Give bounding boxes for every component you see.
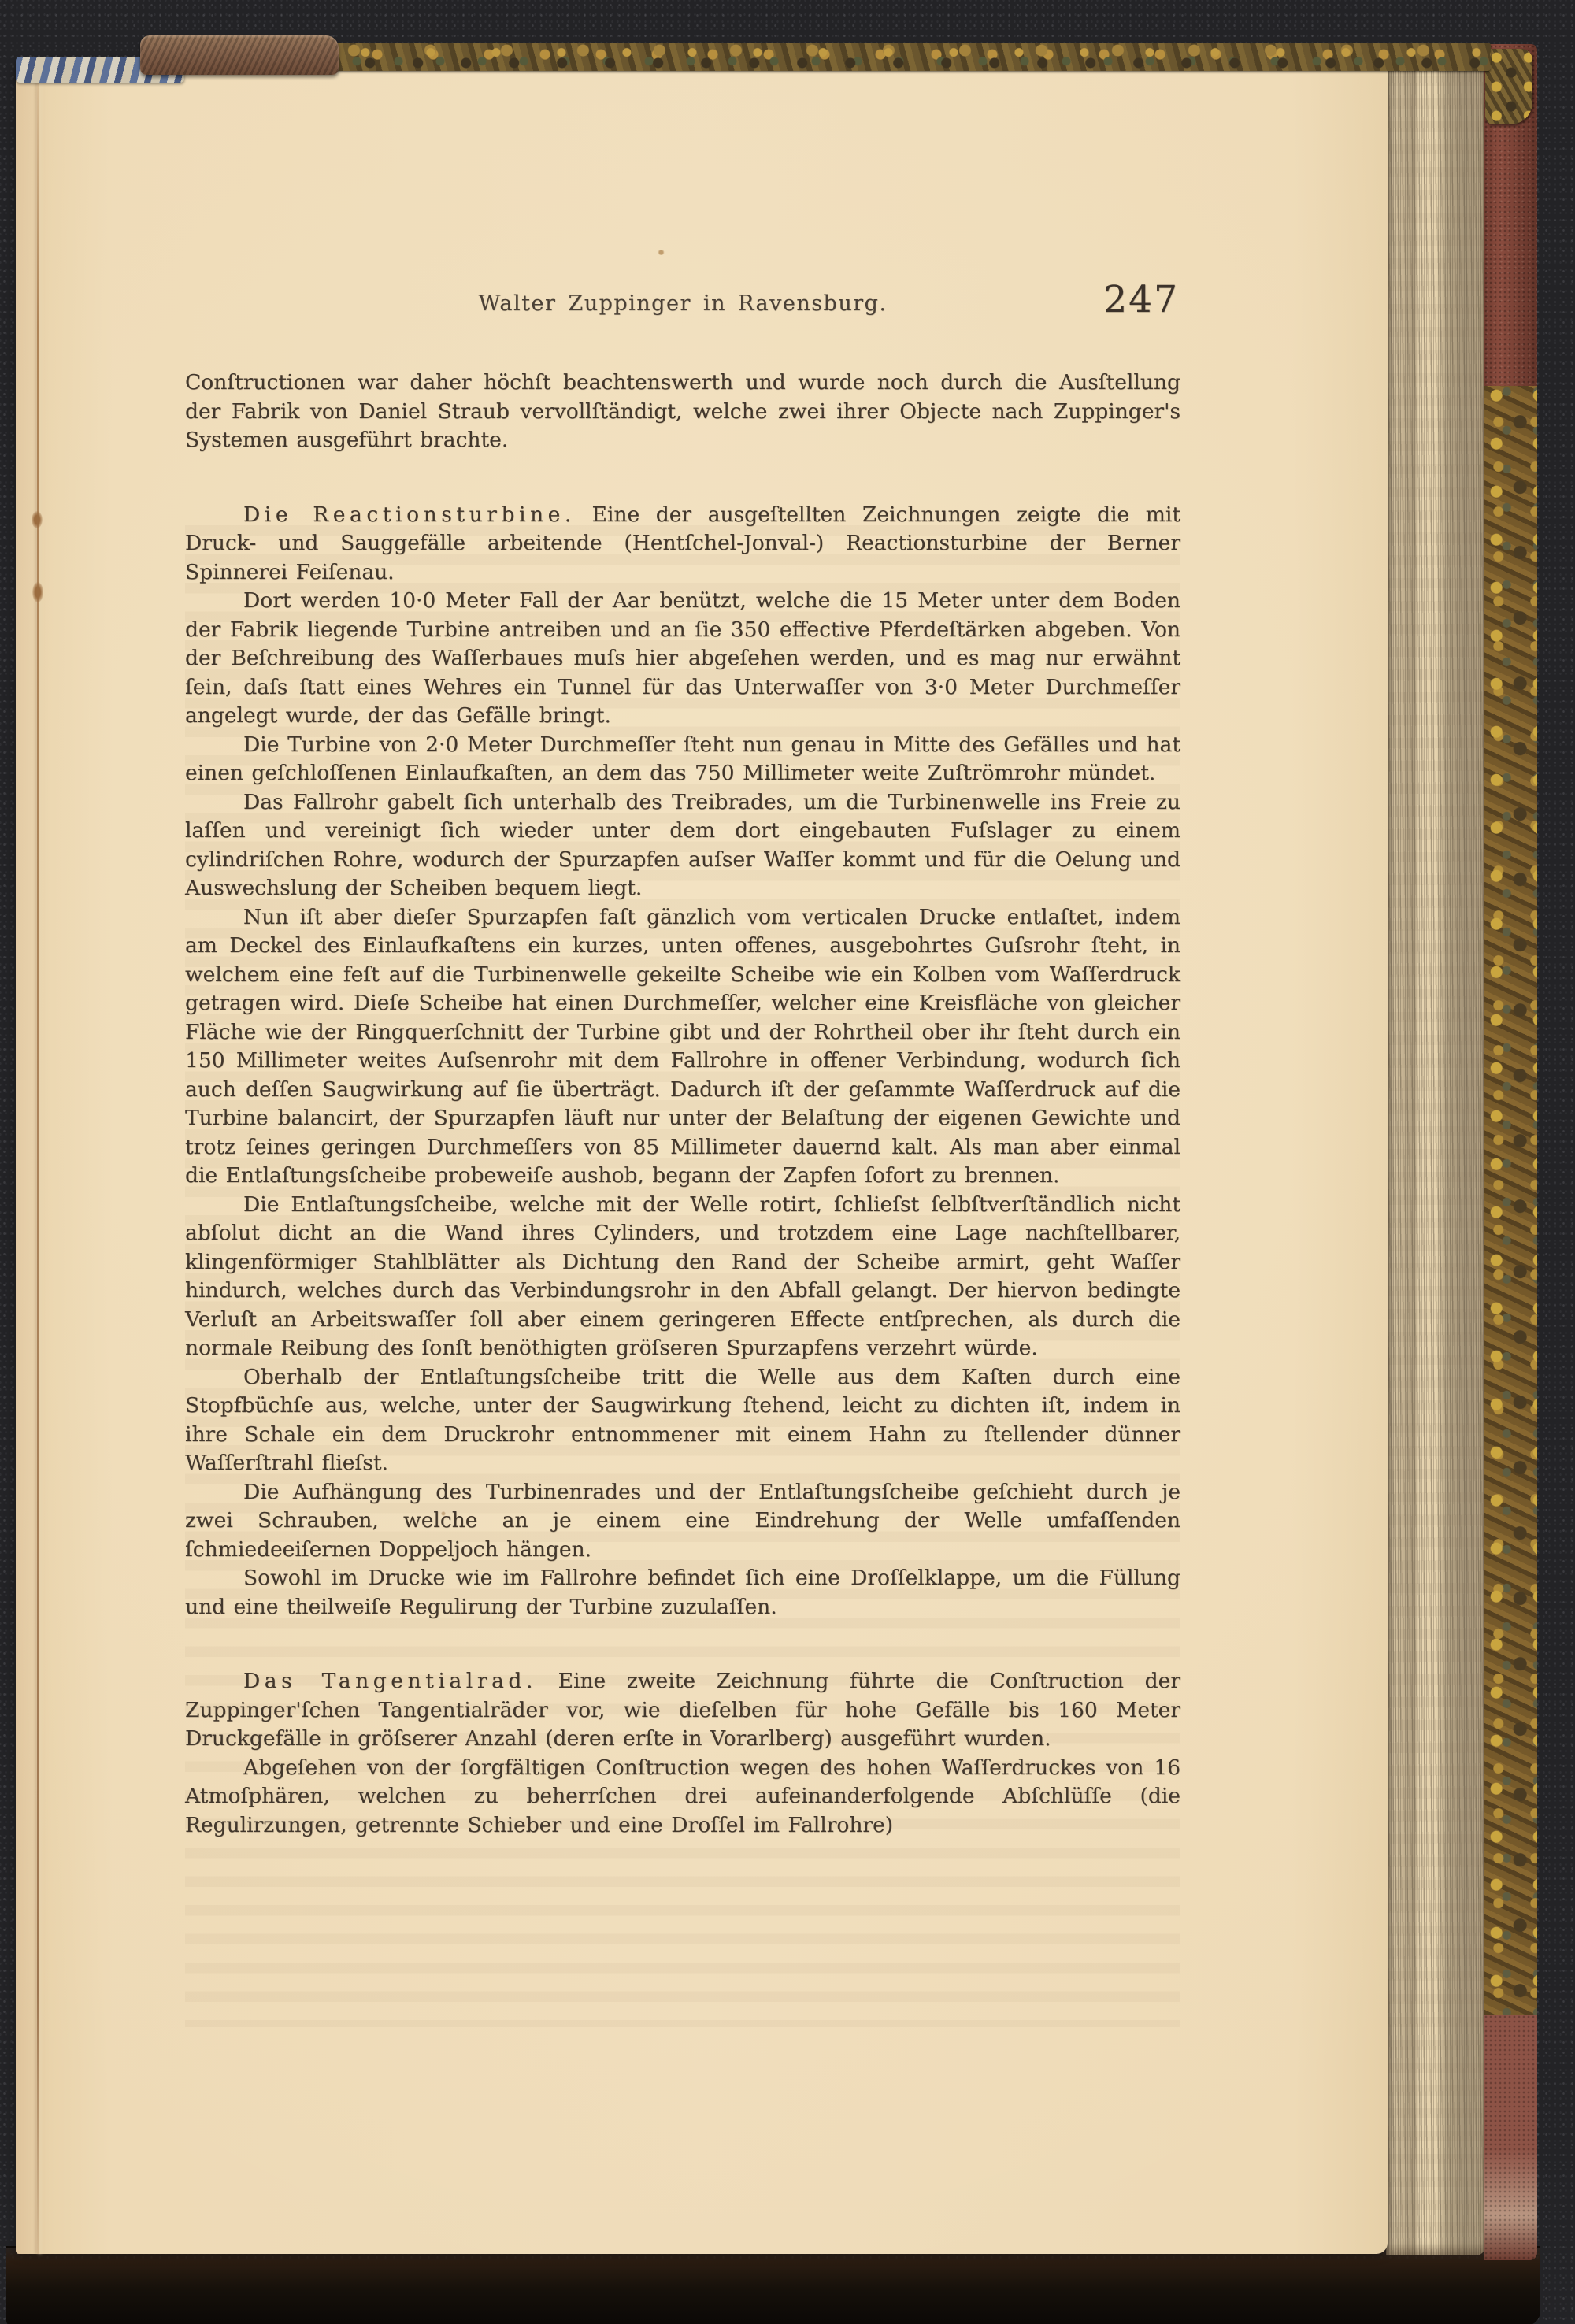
paragraph: Die Aufhängung des Turbinenrades und der… [185, 1478, 1180, 1565]
paragraph: Oberhalb der Entlaſtungsſcheibe tritt di… [185, 1363, 1180, 1478]
spine-headcap [140, 35, 339, 75]
paragraph-text: Das Fallrohr gabelt ſich unterhalb des T… [185, 790, 1180, 901]
paragraph: Sowohl im Drucke wie im Fallrohre befind… [185, 1564, 1180, 1622]
right-cover-board [1484, 44, 1537, 2260]
paragraph-text: Die Turbine von 2·0 Meter Durchmeſſer ſt… [185, 732, 1180, 786]
paragraph: Das Tangentialrad. Eine zweite Zeichnung… [185, 1667, 1180, 1754]
book-page: Walter Zuppinger in Ravensburg. 247 Conſ… [16, 66, 1388, 2254]
gutter-crease [37, 66, 39, 2254]
paragraph: Das Fallrohr gabelt ſich unterhalb des T… [185, 788, 1180, 903]
cover-marbled-paper [1484, 386, 1537, 2015]
paragraph-text: Oberhalb der Entlaſtungsſcheibe tritt di… [185, 1365, 1180, 1476]
paragraph: Die Entlaſtungsſcheibe, welche mit der W… [185, 1191, 1180, 1363]
worn-corner-marble-patch [1485, 49, 1532, 124]
scanned-book-photo: { "document": { "running_header": { "tit… [0, 0, 1575, 2324]
book-bottom-board-edge [6, 2246, 1540, 2324]
paragraph-text: Die Aufhängung des Turbinenrades und der… [185, 1480, 1180, 1562]
paragraph: Nun iſt aber dieſer Spurzapfen faſt gänz… [185, 903, 1180, 1191]
paragraph: Dort werden 10·0 Meter Fall der Aar benü… [185, 587, 1180, 731]
binding-stitch [31, 511, 43, 528]
running-head: Walter Zuppinger in Ravensburg. 247 [185, 288, 1180, 335]
paragraph: Die Reactionsturbine. Eine der ausgeſtel… [185, 501, 1180, 587]
binding-stitch [32, 582, 43, 602]
paragraph-lead: Das Tangentialrad. [243, 1669, 537, 1693]
paragraph-lead: Die Reactionsturbine. [243, 502, 576, 527]
page-number: 247 [1103, 280, 1179, 320]
paragraph-text: Abgeſehen von der ſorgfältigen Conſtruct… [185, 1755, 1180, 1837]
top-marbled-board-edge [161, 43, 1491, 71]
paragraph: Abgeſehen von der ſorgfältigen Conſtruct… [185, 1754, 1180, 1840]
paragraph: Die Turbine von 2·0 Meter Durchmeſſer ſt… [185, 731, 1180, 788]
page-stain [658, 250, 665, 255]
paragraph-text: Dort werden 10·0 Meter Fall der Aar benü… [185, 588, 1180, 728]
paragraph-text: Conſtructionen war daher höchſt beachten… [185, 370, 1180, 452]
running-title: Walter Zuppinger in Ravensburg. [185, 288, 1180, 320]
paragraph: Conſtructionen war daher höchſt beachten… [185, 369, 1180, 455]
paragraph-text: Sowohl im Drucke wie im Fallrohre befind… [185, 1566, 1180, 1619]
text-block: Walter Zuppinger in Ravensburg. 247 Conſ… [185, 288, 1180, 1840]
fore-edge-page-stack [1386, 66, 1485, 2255]
paragraph-text: Nun iſt aber dieſer Spurzapfen faſt gänz… [185, 905, 1180, 1188]
cover-leather-bottom [1484, 2015, 1537, 2260]
paragraph-text: Die Entlaſtungsſcheibe, welche mit der W… [185, 1192, 1180, 1361]
